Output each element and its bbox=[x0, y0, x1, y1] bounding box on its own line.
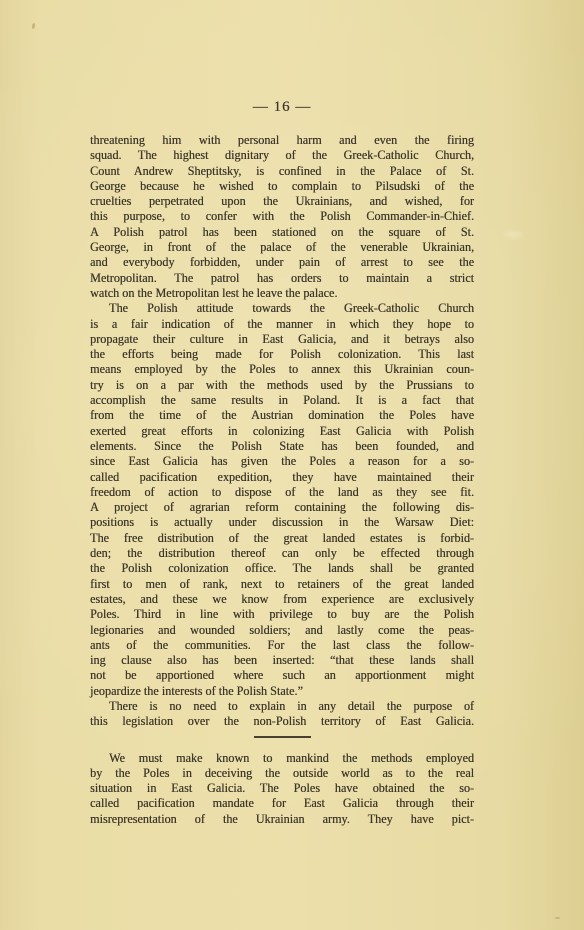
text-line: called pacification mandate for East Gal… bbox=[90, 796, 474, 811]
section-2: We must make known to mankind the method… bbox=[90, 751, 474, 827]
text-line: The Polish attitude towards the Greek-Ca… bbox=[90, 301, 474, 316]
text-line: A Polish patrol has been stationed on th… bbox=[90, 225, 474, 240]
text-line: means employed by the Poles to annex thi… bbox=[90, 362, 474, 377]
text-line: squad. The highest dignitary of the Gree… bbox=[90, 148, 474, 163]
page-number: — 16 — bbox=[90, 99, 474, 116]
text-line: elements. Since the Polish State has bee… bbox=[90, 439, 474, 454]
paragraph: We must make known to mankind the method… bbox=[90, 751, 474, 827]
text-line: is a fair indication of the manner in wh… bbox=[90, 317, 474, 332]
text-line: exerted great efforts in colonizing East… bbox=[90, 424, 474, 439]
text-line: Metropolitan. The patrol has orders to m… bbox=[90, 271, 474, 286]
text-line: freedom of action to dispose of the land… bbox=[90, 485, 474, 500]
text-line: A project of agrarian reform containing … bbox=[90, 500, 474, 515]
text-line: watch on the Metropolitan lest he leave … bbox=[90, 286, 474, 301]
text-line: legionaries and wounded soldiers; and la… bbox=[90, 623, 474, 638]
text-line: positions is actually under discussion i… bbox=[90, 515, 474, 530]
text-line: Count Andrew Sheptitsky, is confined in … bbox=[90, 164, 474, 179]
text-line: The free distribution of the great lande… bbox=[90, 531, 474, 546]
text-line: situation in East Galicia. The Poles hav… bbox=[90, 781, 474, 796]
text-line: estates, and these we know from experien… bbox=[90, 592, 474, 607]
scan-smudge bbox=[503, 231, 523, 238]
text-line: ants of the communities. For the last cl… bbox=[90, 638, 474, 653]
text-line: this purpose, to confer with the Polish … bbox=[90, 209, 474, 224]
text-line: by the Poles in deceiving the outside wo… bbox=[90, 766, 474, 781]
text-line: George, in front of the palace of the ve… bbox=[90, 240, 474, 255]
text-line: accomplish the same results in Poland. I… bbox=[90, 393, 474, 408]
scan-speck bbox=[555, 917, 560, 919]
text-line: the efforts being made for Polish coloni… bbox=[90, 347, 474, 362]
text-line: We must make known to mankind the method… bbox=[90, 751, 474, 766]
text-line: from the time of the Austrian domination… bbox=[90, 408, 474, 423]
text-line: called pacification expedition, they hav… bbox=[90, 470, 474, 485]
text-line: the Polish colonization office. The land… bbox=[90, 561, 474, 576]
text-line: try is on a par with the methods used by… bbox=[90, 378, 474, 393]
paragraph: threatening him with personal harm and e… bbox=[90, 133, 474, 301]
section-divider-rule bbox=[254, 736, 311, 738]
paragraph: The Polish attitude towards the Greek-Ca… bbox=[90, 301, 474, 699]
text-line: misrepresentation of the Ukrainian army.… bbox=[90, 812, 474, 827]
text-line: not be apportioned where such an apporti… bbox=[90, 668, 474, 683]
text-line: George because he wished to complain to … bbox=[90, 179, 474, 194]
paragraph: There is no need to explain in any detai… bbox=[90, 699, 474, 730]
scan-speck bbox=[31, 23, 35, 30]
text-line: and everybody forbidden, under pain of a… bbox=[90, 255, 474, 270]
text-line: Poles. Third in line with privilege to b… bbox=[90, 607, 474, 622]
text-block: threatening him with personal harm and e… bbox=[90, 133, 474, 827]
text-line: cruelties perpetrated upon the Ukrainian… bbox=[90, 194, 474, 209]
text-line: this legislation over the non-Polish ter… bbox=[90, 714, 474, 729]
scanned-book-page: — 16 — threatening him with personal har… bbox=[0, 0, 584, 930]
text-line: There is no need to explain in any detai… bbox=[90, 699, 474, 714]
text-line: first to men of rank, next to retainers … bbox=[90, 577, 474, 592]
text-line: propagate their culture in East Galicia,… bbox=[90, 332, 474, 347]
text-line: ing clause also has been inserted: “that… bbox=[90, 653, 474, 668]
section-1: threatening him with personal harm and e… bbox=[90, 133, 474, 730]
text-line: since East Galicia has given the Poles a… bbox=[90, 454, 474, 469]
text-line: jeopardize the interests of the Polish S… bbox=[90, 684, 474, 699]
text-line: threatening him with personal harm and e… bbox=[90, 133, 474, 148]
text-line: den; the distribution thereof can only b… bbox=[90, 546, 474, 561]
